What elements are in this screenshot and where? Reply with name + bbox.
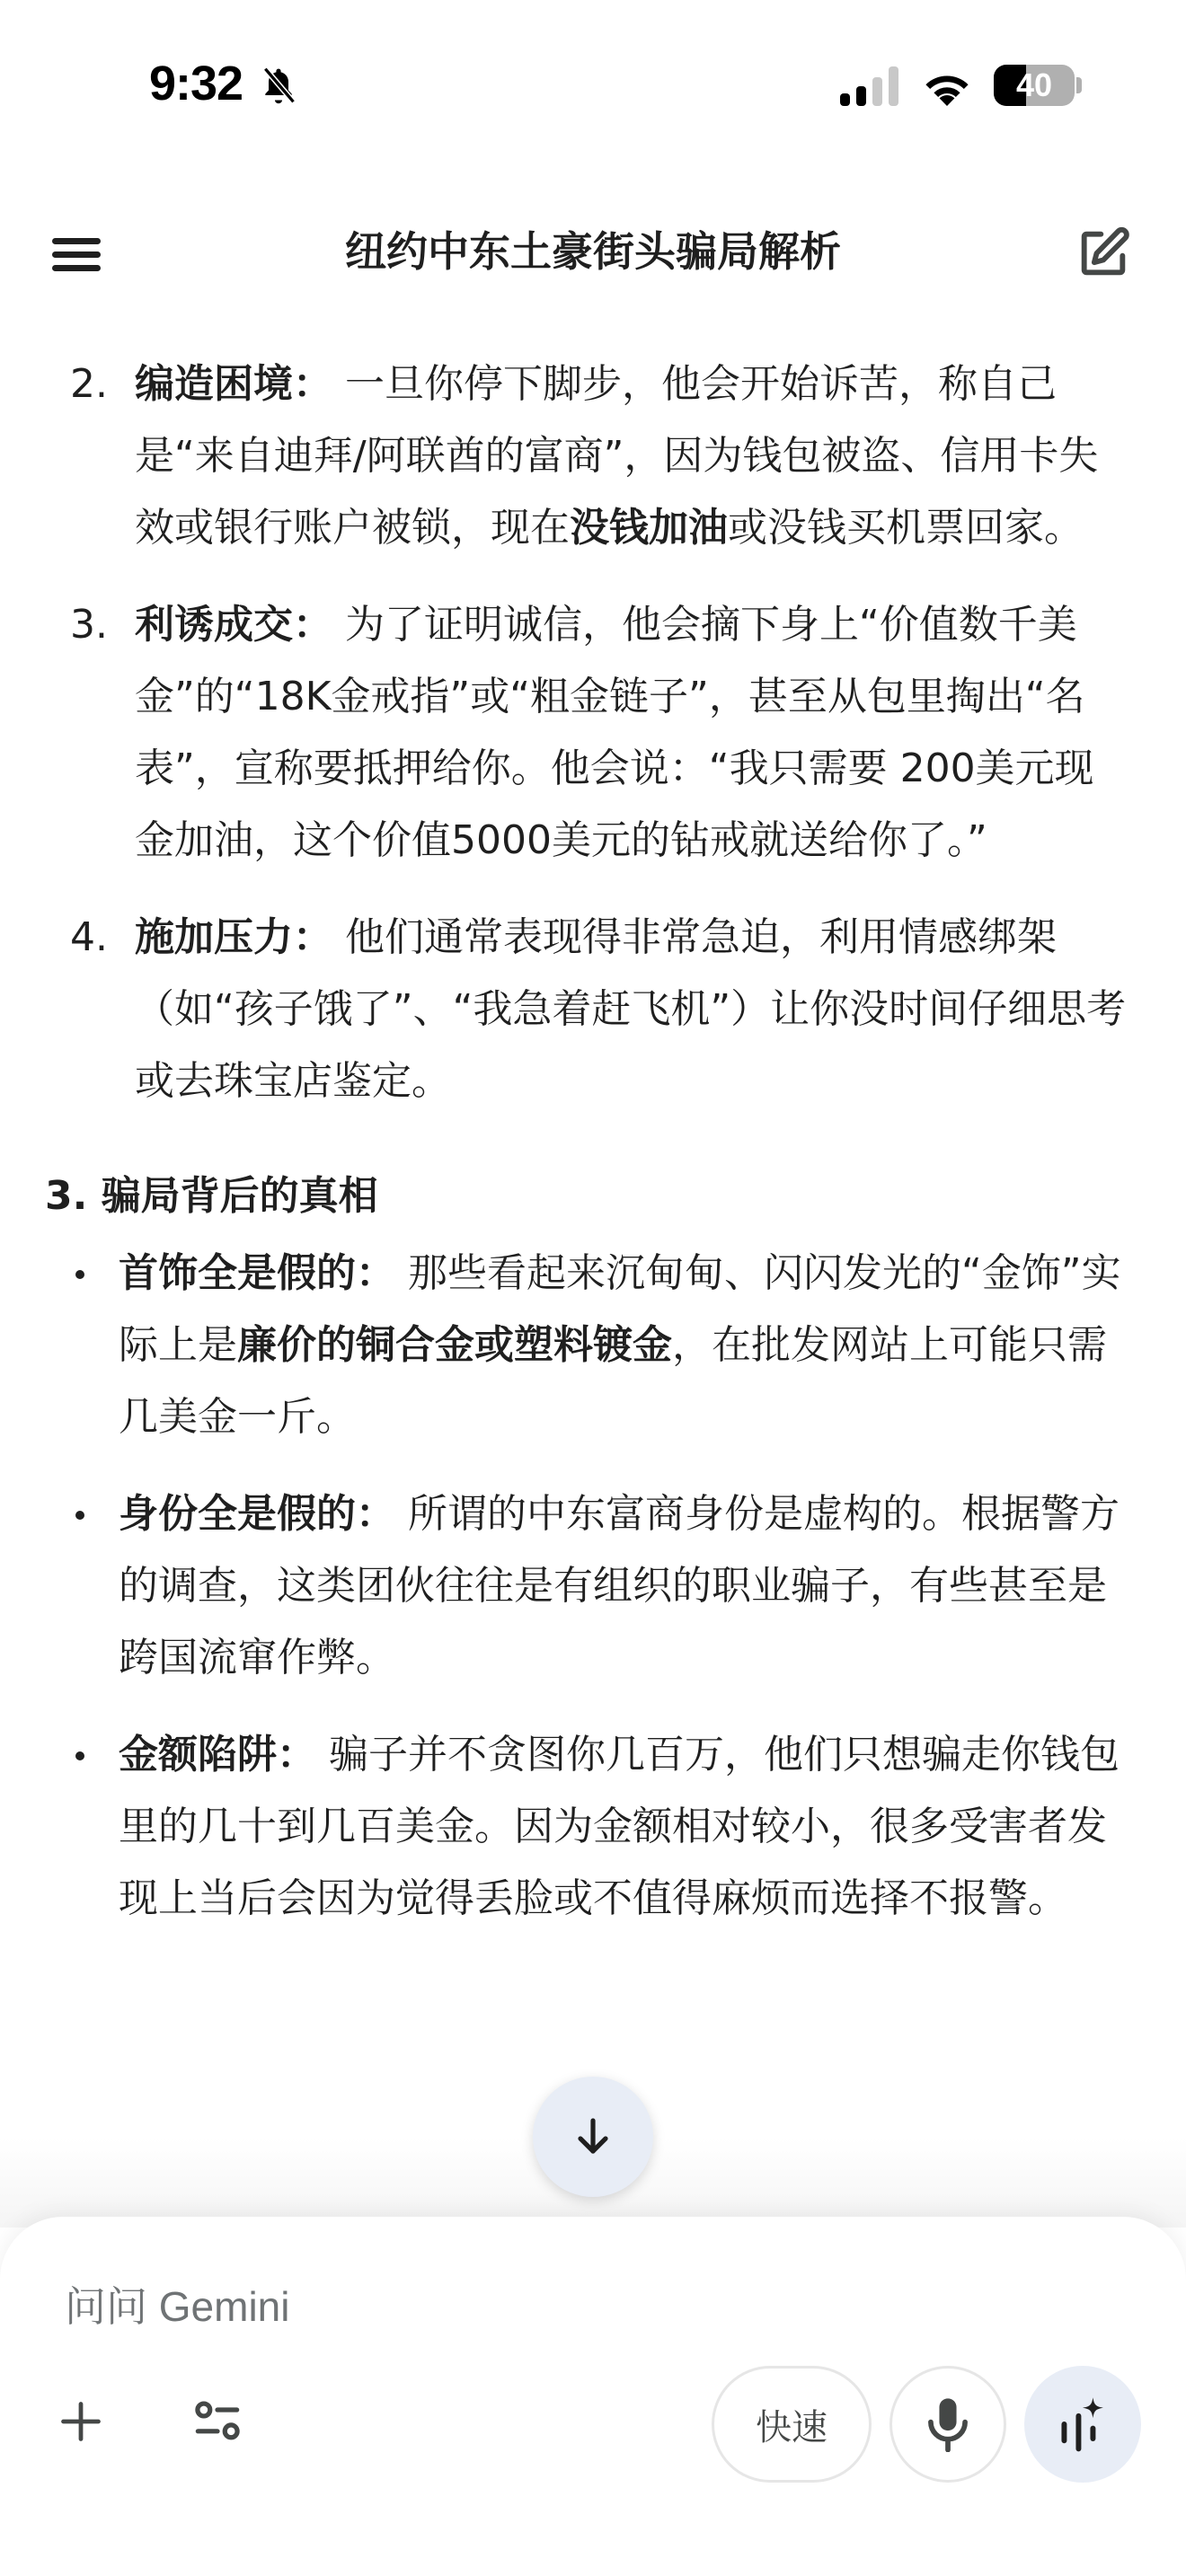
gemini-live-icon [1056,2395,1110,2453]
item-text-bold: 没钱加油 [570,505,728,551]
bullet-icon [75,1270,84,1279]
hamburger-menu-icon-bar [52,251,101,258]
app-header: 纽约中东土豪街头骗局解析 [0,198,1186,305]
arrow-down-icon [575,2117,611,2157]
item-label: 施加压力： [135,914,332,960]
list-number: 4. [70,902,108,974]
scroll-to-bottom-button[interactable] [533,2077,653,2197]
list-number: 2. [70,348,108,420]
item-text-bold: 廉价的铜合金或塑料镀金 [237,1322,672,1368]
list-number: 3. [70,589,108,661]
numbered-list-item: 2. 编造困境： 一旦你停下脚步，他会开始诉苦，称自己是“来自迪拜/阿联酋的富商… [0,348,1186,564]
item-label: 编造困境： [135,361,332,407]
add-attachment-button[interactable] [45,2386,117,2457]
status-time: 9:32 [149,56,243,111]
section-heading: 3. 骗局背后的真相 [0,1160,1186,1232]
microphone-button[interactable] [889,2366,1006,2483]
tools-button[interactable] [181,2386,253,2457]
battery-level: 40 [994,65,1075,106]
status-bar: 9:32 40 [0,0,1186,171]
tools-sliders-icon [191,2398,243,2445]
bullet-list-item: 金额陷阱： 骗子并不贪图你几百万，他们只想骗走你钱包里的几十到几百美金。因为金额… [0,1719,1186,1935]
battery-icon: 40 [994,65,1075,106]
bullet-list-item: 首饰全是假的： 那些看起来沉甸甸、闪闪发光的“金饰”实际上是廉价的铜合金或塑料镀… [0,1238,1186,1453]
model-mode-button[interactable]: 快速 [712,2366,872,2483]
numbered-list-item: 4. 施加压力： 他们通常表现得非常急迫，利用情感绑架（如“孩子饿了”、“我急着… [0,902,1186,1117]
item-label: 利诱成交： [135,602,332,648]
input-panel: 快速 [0,2217,1186,2576]
item-text: 或没钱买机票回家。 [728,505,1084,551]
gemini-live-button[interactable] [1024,2366,1141,2483]
bullet-icon [75,1751,84,1760]
chat-response: 2. 编造困境： 一旦你停下脚步，他会开始诉苦，称自己是“来自迪拜/阿联酋的富商… [0,348,1186,1960]
cellular-signal-icon [840,66,899,106]
item-label: 首饰全是假的： [119,1250,395,1296]
bullet-icon [75,1511,84,1520]
battery-nub [1076,77,1082,93]
edit-pencil-icon[interactable] [1075,225,1132,282]
menu-button[interactable] [40,223,111,280]
wifi-icon [920,65,974,106]
item-label: 金额陷阱： [119,1732,316,1778]
microphone-icon [925,2396,970,2452]
bell-off-icon [259,65,298,106]
item-label: 身份全是假的： [119,1491,395,1537]
prompt-input[interactable] [65,2271,1053,2342]
page-title: 纽约中东土豪街头骗局解析 [180,225,1006,278]
hamburger-menu-icon-bar [52,265,101,271]
bullet-list-item: 身份全是假的： 所谓的中东富商身份是虚构的。根据警方的调查，这类团伙往往是有组织… [0,1478,1186,1694]
hamburger-menu-icon-bar [52,238,101,244]
plus-icon [58,2398,104,2445]
numbered-list-item: 3. 利诱成交： 为了证明诚信，他会摘下身上“价值数千美金”的“18K金戒指”或… [0,589,1186,877]
